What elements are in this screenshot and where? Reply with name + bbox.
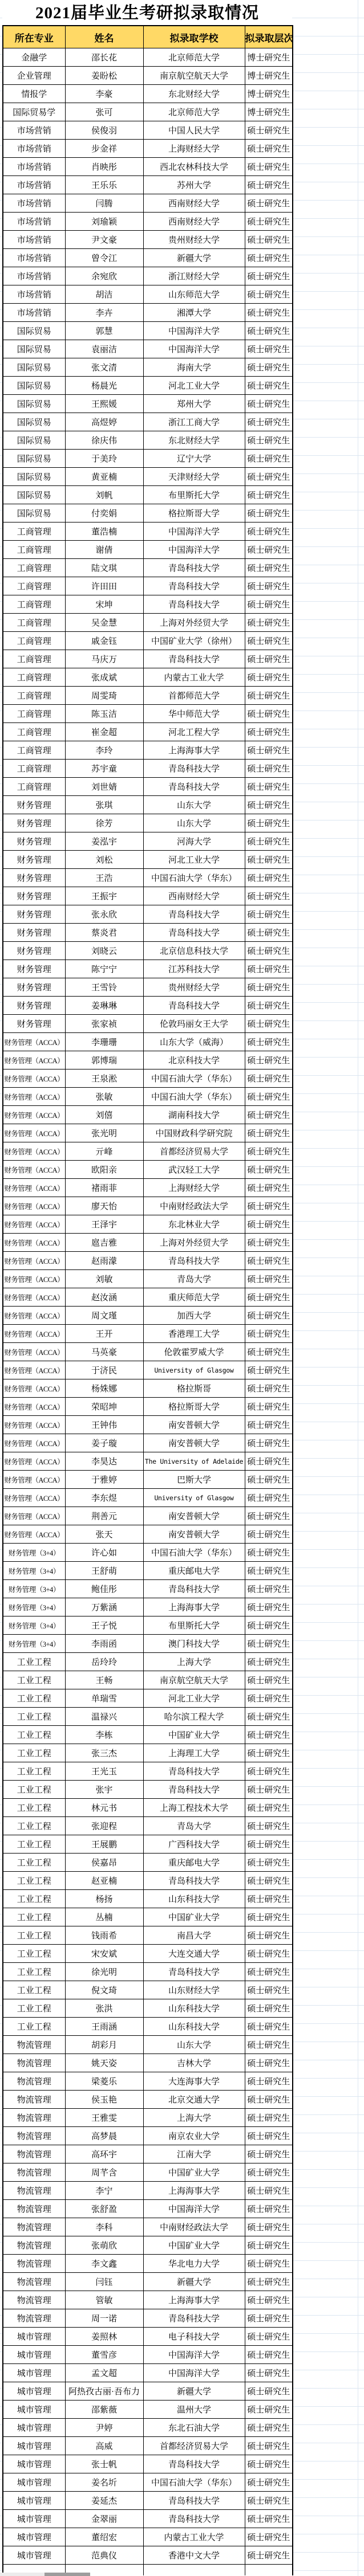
cell-name: 扈吉雅	[65, 1234, 143, 1252]
cell-school: 巴斯大学	[143, 1471, 245, 1489]
cell-name: 郭慧	[65, 322, 143, 340]
table-row: 国际贸易杨晨光河北工业大学硕士研究生	[3, 377, 293, 395]
cell-level: 硕士研究生	[245, 1799, 293, 1817]
cell-level: 硕士研究生	[245, 1161, 293, 1179]
sheet-edge-light	[0, 2573, 45, 2576]
cell-name: 李昊达	[65, 1452, 143, 1471]
cell-name: 苏宇童	[65, 760, 143, 778]
cell-school: 澳门科技大学	[143, 1635, 245, 1653]
cell-level: 硕士研究生	[245, 2546, 293, 2565]
table-row: 财务管理王浩中国石油大学（华东）硕士研究生	[3, 869, 293, 887]
cell-level: 硕士研究生	[245, 2528, 293, 2546]
cell-name: 于美玲	[65, 450, 143, 468]
cell-school: 辽宁大学	[143, 450, 245, 468]
cell-school: 青岛科技大学	[143, 2309, 245, 2328]
cell-level: 硕士研究生	[245, 340, 293, 358]
table-row: 工商管理吴金慧上海对外经贸大学硕士研究生	[3, 614, 293, 632]
cell-major: 市场营销	[3, 249, 65, 267]
cell-school: 格拉斯哥大学	[143, 504, 245, 522]
cell-school: University of Glasgow	[143, 1361, 245, 1379]
cell-name: 鲍佳彤	[65, 1580, 143, 1598]
table-row: 工商管理崔金超河北工程大学硕士研究生	[3, 723, 293, 741]
cell-major: 财务管理（ACCA）	[3, 1452, 65, 1471]
cell-level: 硕士研究生	[245, 632, 293, 650]
cell-name: 范典仪	[65, 2546, 143, 2565]
table-row: 财务管理徐芳山东大学硕士研究生	[3, 814, 293, 832]
cell-major: 物流管理	[3, 2163, 65, 2182]
cell-level: 硕士研究生	[245, 1598, 293, 1616]
cell-level: 硕士研究生	[245, 395, 293, 413]
cell-major: 物流管理	[3, 2218, 65, 2236]
cell-school: University of Glasgow	[143, 1489, 245, 1507]
cell-major: 财务管理（ACCA）	[3, 1051, 65, 1069]
cell-name: 王钟伟	[65, 1416, 143, 1434]
cell-level: 硕士研究生	[245, 2273, 293, 2291]
cell-name: 李宁	[65, 2182, 143, 2200]
cell-level: 硕士研究生	[245, 1033, 293, 1051]
table-row: 市场营销刘瑜颖西南财经大学硕士研究生	[3, 213, 293, 231]
cell-school: 江南大学	[143, 2145, 245, 2163]
cell-name: 陈宁宁	[65, 960, 143, 978]
table-row: 国际贸易付奕娟格拉斯哥大学硕士研究生	[3, 504, 293, 522]
cell-level: 硕士研究生	[245, 541, 293, 559]
table-row: 物流管理张舒盈中国海洋大学硕士研究生	[3, 2200, 293, 2218]
cell-level: 硕士研究生	[245, 1835, 293, 1854]
cell-major: 市场营销	[3, 231, 65, 249]
cell-level: 硕士研究生	[245, 960, 293, 978]
table-row: 工业工程李栋中国矿业大学硕士研究生	[3, 1726, 293, 1744]
table-row: 市场营销胡洁山东师范大学硕士研究生	[3, 285, 293, 304]
cell-name: 王振宇	[65, 887, 143, 905]
table-row: 工业工程徐光明青岛科技大学硕士研究生	[3, 1963, 293, 1981]
cell-level: 硕士研究生	[245, 1544, 293, 1562]
cell-school: 中南财经政法大学	[143, 2218, 245, 2236]
cell-school: 江苏科技大学	[143, 960, 245, 978]
cell-school: 山东财经大学	[143, 1981, 245, 1999]
table-row: 工业工程王光玉青岛科技大学硕士研究生	[3, 1762, 293, 1781]
table-row: 物流管理管敏上海海事大学硕士研究生	[3, 2291, 293, 2309]
cell-major: 工商管理	[3, 741, 65, 760]
cell-major: 工商管理	[3, 577, 65, 595]
cell-school: 河北工业大学	[143, 1689, 245, 1708]
cell-name: 刘敏	[65, 1270, 143, 1288]
cell-name: 张敏	[65, 1088, 143, 1106]
cell-major: 物流管理	[3, 2054, 65, 2072]
cell-name: 褚雨菲	[65, 1179, 143, 1197]
cell-name: 李玲	[65, 741, 143, 760]
cell-school: 内蒙古工业大学	[143, 668, 245, 687]
cell-school: 河北工程大学	[143, 723, 245, 741]
cell-name: 邵紫薇	[65, 2401, 143, 2419]
cell-level: 硕士研究生	[245, 1015, 293, 1033]
table-row: 市场营销余宛欣浙江财经大学硕士研究生	[3, 267, 293, 285]
cell-name: 尹婷	[65, 2419, 143, 2437]
cell-school: 南昌大学	[143, 1926, 245, 1945]
table-row: 物流管理周一诺青岛科技大学硕士研究生	[3, 2309, 293, 2328]
cell-name: 姚天姿	[65, 2054, 143, 2072]
cell-name: 高威	[65, 2437, 143, 2455]
cell-level: 硕士研究生	[245, 1142, 293, 1161]
cell-major: 财务管理（ACCA）	[3, 1069, 65, 1088]
cell-name: 张天	[65, 1525, 143, 1544]
cell-name: 张舒盈	[65, 2200, 143, 2218]
cell-school: 大连海事大学	[143, 2072, 245, 2091]
cell-level: 硕士研究生	[245, 1744, 293, 1762]
table-row: 物流管理姚天姿吉林大学硕士研究生	[3, 2054, 293, 2072]
cell-major: 城市管理	[3, 2455, 65, 2473]
cell-major: 工商管理	[3, 650, 65, 668]
cell-school: 青岛科技大学	[143, 1872, 245, 1890]
table-row: 财务管理（ACCA）赵雨濛青岛科技大学硕士研究生	[3, 1252, 293, 1270]
cell-name: 吴金慧	[65, 614, 143, 632]
cell-major: 工商管理	[3, 522, 65, 541]
table-row: 城市管理董绍宏内蒙古工业大学硕士研究生	[3, 2528, 293, 2546]
cell-level: 硕士研究生	[245, 1762, 293, 1781]
cell-name: 徐芳	[65, 814, 143, 832]
cell-school: 伦敦霍罗威大学	[143, 1343, 245, 1361]
cell-name: 周文瑾	[65, 1307, 143, 1325]
cell-level: 硕士研究生	[245, 1981, 293, 1999]
sheet-gutter-right	[292, 0, 364, 2576]
table-row: 物流管理李科中南财经政法大学硕士研究生	[3, 2218, 293, 2236]
cell-name: 张萌欣	[65, 2236, 143, 2255]
cell-name: 李文鑫	[65, 2255, 143, 2273]
table-row: 财务管理（ACCA）于雅婷巴斯大学硕士研究生	[3, 1471, 293, 1489]
page-title: 2021届毕业生考研拟录取情况	[2, 0, 292, 25]
cell-level: 硕士研究生	[245, 2419, 293, 2437]
cell-school: 青岛科技大学	[143, 2455, 245, 2473]
cell-name: 高环宇	[65, 2145, 143, 2163]
cell-level: 硕士研究生	[245, 522, 293, 541]
cell-name: 周雯琦	[65, 687, 143, 705]
cell-major: 财务管理（ACCA）	[3, 1434, 65, 1452]
cell-name: 杨晨光	[65, 377, 143, 395]
cell-major: 财务管理（ACCA）	[3, 1234, 65, 1252]
column-header-level: 拟录取层次	[245, 26, 293, 48]
cell-school: 湘潭大学	[143, 304, 245, 322]
table-row: 财务管理姜琳琳青岛科技大学硕士研究生	[3, 997, 293, 1015]
cell-school: 青岛科技大学	[143, 2510, 245, 2528]
admission-sheet: 2021届毕业生考研拟录取情况 所在专业姓名拟录取学校拟录取层次 金融学邵长花北…	[2, 0, 292, 2575]
cell-major: 财务管理	[3, 924, 65, 942]
cell-school: 南安普顿大学	[143, 1416, 245, 1434]
cell-major: 财务管理	[3, 869, 65, 887]
cell-level: 硕士研究生	[245, 1635, 293, 1653]
table-row: 工商管理戚金钰中国矿业大学（徐州）硕士研究生	[3, 632, 293, 650]
cell-level: 硕士研究生	[245, 486, 293, 504]
table-row: 财务管理（3+4）许心如中国石油大学（华东）硕士研究生	[3, 1544, 293, 1562]
cell-name: 李科	[65, 2218, 143, 2236]
table-row: 工业工程王展鹏广西科技大学硕士研究生	[3, 1835, 293, 1854]
table-row: 工商管理马庆万青岛科技大学硕士研究生	[3, 650, 293, 668]
cell-school: 上海海事大学	[143, 741, 245, 760]
cell-school: 中国人民大学	[143, 121, 245, 140]
cell-name: 王泉淞	[65, 1069, 143, 1088]
cell-level: 硕士研究生	[245, 1507, 293, 1525]
cell-major: 情报学	[3, 85, 65, 103]
cell-major: 财务管理（ACCA）	[3, 1270, 65, 1288]
table-row: 国际贸易高煜婷浙江工商大学硕士研究生	[3, 413, 293, 431]
cell-name: 许心如	[65, 1544, 143, 1562]
cell-major: 物流管理	[3, 2145, 65, 2163]
cell-school: 上海财经大学	[143, 1179, 245, 1197]
cell-level: 硕士研究生	[245, 2182, 293, 2200]
cell-name: 尹文豪	[65, 231, 143, 249]
cell-level: 硕士研究生	[245, 942, 293, 960]
cell-major: 财务管理（ACCA）	[3, 1124, 65, 1142]
table-row: 财务管理王雪铃贵州财经大学硕士研究生	[3, 978, 293, 997]
cell-level: 硕士研究生	[245, 2109, 293, 2127]
table-row: 财务管理王振宇西南财经大学硕士研究生	[3, 887, 293, 905]
cell-level: 硕士研究生	[245, 887, 293, 905]
cell-major: 城市管理	[3, 2364, 65, 2382]
cell-major: 财务管理（3+4）	[3, 1635, 65, 1653]
cell-level: 硕士研究生	[245, 2163, 293, 2182]
cell-level: 硕士研究生	[245, 1890, 293, 1908]
cell-school: 西南财经大学	[143, 213, 245, 231]
cell-major: 工业工程	[3, 1653, 65, 1671]
table-row: 城市管理张士帆青岛科技大学硕士研究生	[3, 2455, 293, 2473]
table-row: 财务管理（ACCA）欧阳亲武汉轻工大学硕士研究生	[3, 1161, 293, 1179]
cell-name: 梁菱乐	[65, 2072, 143, 2091]
table-row: 国际贸易张文清海南大学硕士研究生	[3, 358, 293, 377]
table-row: 财务管理（ACCA）于济民University of Glasgow硕士研究生	[3, 1361, 293, 1379]
cell-level: 硕士研究生	[245, 595, 293, 614]
cell-name: 李珊珊	[65, 1033, 143, 1051]
cell-school: 北京科技大学	[143, 1051, 245, 1069]
cell-school: 中国石油大学（华东）	[143, 2473, 245, 2492]
cell-name: 黄亚楠	[65, 468, 143, 486]
table-row: 财务管理蔡炎君青岛科技大学硕士研究生	[3, 924, 293, 942]
cell-name: 王舒萌	[65, 1562, 143, 1580]
cell-level: 硕士研究生	[245, 2127, 293, 2145]
cell-school: 温州大学	[143, 2401, 245, 2419]
cell-school: 新疆大学	[143, 2382, 245, 2401]
table-row: 城市管理姜延杰青岛科技大学硕士研究生	[3, 2492, 293, 2510]
cell-level: 硕士研究生	[245, 1471, 293, 1489]
cell-name: 周一诺	[65, 2309, 143, 2328]
cell-school: 中国海洋大学	[143, 2364, 245, 2382]
cell-major: 工业工程	[3, 1744, 65, 1762]
cell-name: 张琪	[65, 796, 143, 814]
cell-name: 戚金钰	[65, 632, 143, 650]
cell-name: 刘松	[65, 851, 143, 869]
cell-level: 硕士研究生	[245, 285, 293, 304]
cell-school: 青岛科技大学	[143, 650, 245, 668]
cell-school: 青岛科技大学	[143, 577, 245, 595]
cell-level: 硕士研究生	[245, 1416, 293, 1434]
cell-level: 硕士研究生	[245, 2200, 293, 2218]
cell-major: 财务管理	[3, 942, 65, 960]
table-row: 工商管理许田田青岛科技大学硕士研究生	[3, 577, 293, 595]
cell-school: 东北石油大学	[143, 2419, 245, 2437]
cell-school: 浙江财经大学	[143, 267, 245, 285]
table-row: 财务管理张永欣青岛科技大学硕士研究生	[3, 905, 293, 924]
cell-major: 工商管理	[3, 614, 65, 632]
cell-level: 硕士研究生	[245, 668, 293, 687]
cell-school: 南京农业大学	[143, 2127, 245, 2145]
table-row: 财务管理刘晓云北京信息科技大学硕士研究生	[3, 942, 293, 960]
cell-name: 丛楠	[65, 1908, 143, 1926]
cell-name: 王开	[65, 1325, 143, 1343]
cell-major: 财务管理（ACCA）	[3, 1215, 65, 1234]
cell-name: 侯玉艳	[65, 2091, 143, 2109]
cell-school: 南安普顿大学	[143, 1434, 245, 1452]
cell-school: 山东大学	[143, 796, 245, 814]
cell-school: 内蒙古工业大学	[143, 2528, 245, 2546]
cell-level: 硕士研究生	[245, 2018, 293, 2036]
cell-level: 硕士研究生	[245, 832, 293, 851]
cell-level: 硕士研究生	[245, 2401, 293, 2419]
cell-school: 华中师范大学	[143, 705, 245, 723]
cell-school: 大连交通大学	[143, 1945, 245, 1963]
cell-school: 中国石油大学（华东）	[143, 869, 245, 887]
cell-level: 硕士研究生	[245, 413, 293, 431]
cell-major: 物流管理	[3, 2255, 65, 2273]
cell-school: 青岛科技大学	[143, 997, 245, 1015]
cell-major: 城市管理	[3, 2346, 65, 2364]
table-row: 企业管理姜盼松南京航空航天大学博士研究生	[3, 67, 293, 85]
cell-major: 物流管理	[3, 2236, 65, 2255]
table-row: 财务管理（ACCA）张天南安普顿大学硕士研究生	[3, 1525, 293, 1544]
table-row: 财务管理（ACCA）马英豪伦敦霍罗威大学硕士研究生	[3, 1343, 293, 1361]
cell-name: 陆文琪	[65, 559, 143, 577]
cell-major: 企业管理	[3, 67, 65, 85]
cell-school: 山东科技大学	[143, 1999, 245, 2018]
cell-level: 硕士研究生	[245, 796, 293, 814]
cell-school: 山东师范大学	[143, 285, 245, 304]
cell-name: 闫钰	[65, 2273, 143, 2291]
cell-major: 城市管理	[3, 2382, 65, 2401]
cell-school: 北京师范大学	[143, 48, 245, 67]
cell-major: 工业工程	[3, 1854, 65, 1872]
cell-school: 中国海洋大学	[143, 2346, 245, 2364]
cell-school: 武汉轻工大学	[143, 1161, 245, 1179]
cell-level: 硕士研究生	[245, 1781, 293, 1799]
cell-major: 财务管理（ACCA）	[3, 1179, 65, 1197]
sheet-gridline-vertical	[358, 0, 358, 2576]
cell-name: 钱雨希	[65, 1926, 143, 1945]
cell-level: 硕士研究生	[245, 869, 293, 887]
cell-name: 林元书	[65, 1799, 143, 1817]
cell-school: 电子科技大学	[143, 2328, 245, 2346]
table-row: 市场营销曾令江新疆大学硕士研究生	[3, 249, 293, 267]
cell-level: 硕士研究生	[245, 741, 293, 760]
cell-school: 青岛科技大学	[143, 1963, 245, 1981]
table-row: 工业工程单瑞雪河北工业大学硕士研究生	[3, 1689, 293, 1708]
cell-school: 吉林大学	[143, 2054, 245, 2072]
cell-level: 硕士研究生	[245, 1434, 293, 1452]
cell-school: 河北工业大学	[143, 377, 245, 395]
cell-school: 青岛科技大学	[143, 778, 245, 796]
table-row: 工业工程王畅南京航空航天大学硕士研究生	[3, 1671, 293, 1689]
cell-level: 硕士研究生	[245, 705, 293, 723]
cell-school: 东北林业大学	[143, 1215, 245, 1234]
cell-name: 金翠丽	[65, 2510, 143, 2528]
table-row: 财务管理（3+4）王舒萌重庆邮电大学硕士研究生	[3, 1562, 293, 1580]
cell-major: 工业工程	[3, 1817, 65, 1835]
table-row: 工业工程温禄兴哈尔滨工程大学硕士研究生	[3, 1708, 293, 1726]
cell-level: 硕士研究生	[245, 1088, 293, 1106]
cell-level: 硕士研究生	[245, 1945, 293, 1963]
table-header-row: 所在专业姓名拟录取学校拟录取层次	[3, 26, 293, 48]
cell-major: 财务管理（3+4）	[3, 1562, 65, 1580]
cell-major: 财务管理（ACCA）	[3, 1416, 65, 1434]
cell-major: 工业工程	[3, 1726, 65, 1744]
cell-major: 工业工程	[3, 1835, 65, 1854]
table-row: 财务管理（ACCA）亓峰首都经济贸易大学硕士研究生	[3, 1142, 293, 1161]
table-row: 物流管理高梦晨南京农业大学硕士研究生	[3, 2127, 293, 2145]
table-row: 财务管理（ACCA）姜子璇南安普顿大学硕士研究生	[3, 1434, 293, 1452]
table-row: 财务管理（ACCA）荣昭坤格拉斯哥大学硕士研究生	[3, 1398, 293, 1416]
cell-school: 青岛科技大学	[143, 905, 245, 924]
cell-school: 中国海洋大学	[143, 541, 245, 559]
cell-level: 硕士研究生	[245, 468, 293, 486]
table-row: 工业工程侯嘉昂重庆邮电大学硕士研究生	[3, 1854, 293, 1872]
cell-school: 山东大学	[143, 814, 245, 832]
cell-name: 董绍宏	[65, 2528, 143, 2546]
cell-major: 物流管理	[3, 2291, 65, 2309]
cell-name: 孟文超	[65, 2364, 143, 2382]
cell-major: 工业工程	[3, 1908, 65, 1926]
table-row: 财务管理（3+4）王子悦布里斯托大学硕士研究生	[3, 1616, 293, 1635]
cell-name: 王子悦	[65, 1616, 143, 1635]
cell-level: 硕士研究生	[245, 1379, 293, 1398]
cell-level: 硕士研究生	[245, 1234, 293, 1252]
cell-major: 国际贸易	[3, 413, 65, 431]
table-row: 工业工程岳玲玲上海大学硕士研究生	[3, 1653, 293, 1671]
table-row: 城市管理尹婷东北石油大学硕士研究生	[3, 2419, 293, 2437]
cell-school: 贵州财经大学	[143, 978, 245, 997]
cell-major: 市场营销	[3, 158, 65, 176]
table-row: 工业工程杨扬山东科技大学硕士研究生	[3, 1890, 293, 1908]
cell-name: 荣昭坤	[65, 1398, 143, 1416]
cell-school: 上海海事大学	[143, 2291, 245, 2309]
cell-level: 硕士研究生	[245, 2309, 293, 2328]
cell-major: 工商管理	[3, 632, 65, 650]
table-row: 工商管理谢倩中国海洋大学硕士研究生	[3, 541, 293, 559]
column-header-name: 姓名	[65, 26, 143, 48]
cell-major: 市场营销	[3, 285, 65, 304]
cell-school: 上海海事大学	[143, 2182, 245, 2200]
cell-major: 财务管理（ACCA）	[3, 1288, 65, 1307]
cell-major: 财务管理	[3, 960, 65, 978]
table-row: 工业工程张宇青岛科技大学硕士研究生	[3, 1781, 293, 1799]
cell-level: 硕士研究生	[245, 2036, 293, 2054]
cell-level: 硕士研究生	[245, 1872, 293, 1890]
cell-name: 肖映彤	[65, 158, 143, 176]
table-row: 财务管理（ACCA）王泽宇东北林业大学硕士研究生	[3, 1215, 293, 1234]
cell-name: 倪文琦	[65, 1981, 143, 1999]
cell-school: 广西科技大学	[143, 1835, 245, 1854]
cell-name: 谢倩	[65, 541, 143, 559]
cell-major: 工业工程	[3, 1926, 65, 1945]
cell-major: 物流管理	[3, 2200, 65, 2218]
table-row: 财务管理（ACCA）张敏中国石油大学（华东）硕士研究生	[3, 1088, 293, 1106]
cell-school: 青岛科技大学	[143, 1580, 245, 1598]
cell-major: 工商管理	[3, 668, 65, 687]
cell-school: 西北农林科技大学	[143, 158, 245, 176]
cell-major: 工商管理	[3, 687, 65, 705]
cell-name: 刘瑜颖	[65, 213, 143, 231]
table-row: 市场营销尹文豪贵州财经大学硕士研究生	[3, 231, 293, 249]
cell-level: 硕士研究生	[245, 978, 293, 997]
table-row: 市场营销侯俊羽中国人民大学硕士研究生	[3, 121, 293, 140]
cell-level: 博士研究生	[245, 67, 293, 85]
cell-school: 青岛科技大学	[143, 595, 245, 614]
cell-school: 中国海洋大学	[143, 522, 245, 541]
table-row: 国际贸易学张可北京师范大学博士研究生	[3, 103, 293, 121]
